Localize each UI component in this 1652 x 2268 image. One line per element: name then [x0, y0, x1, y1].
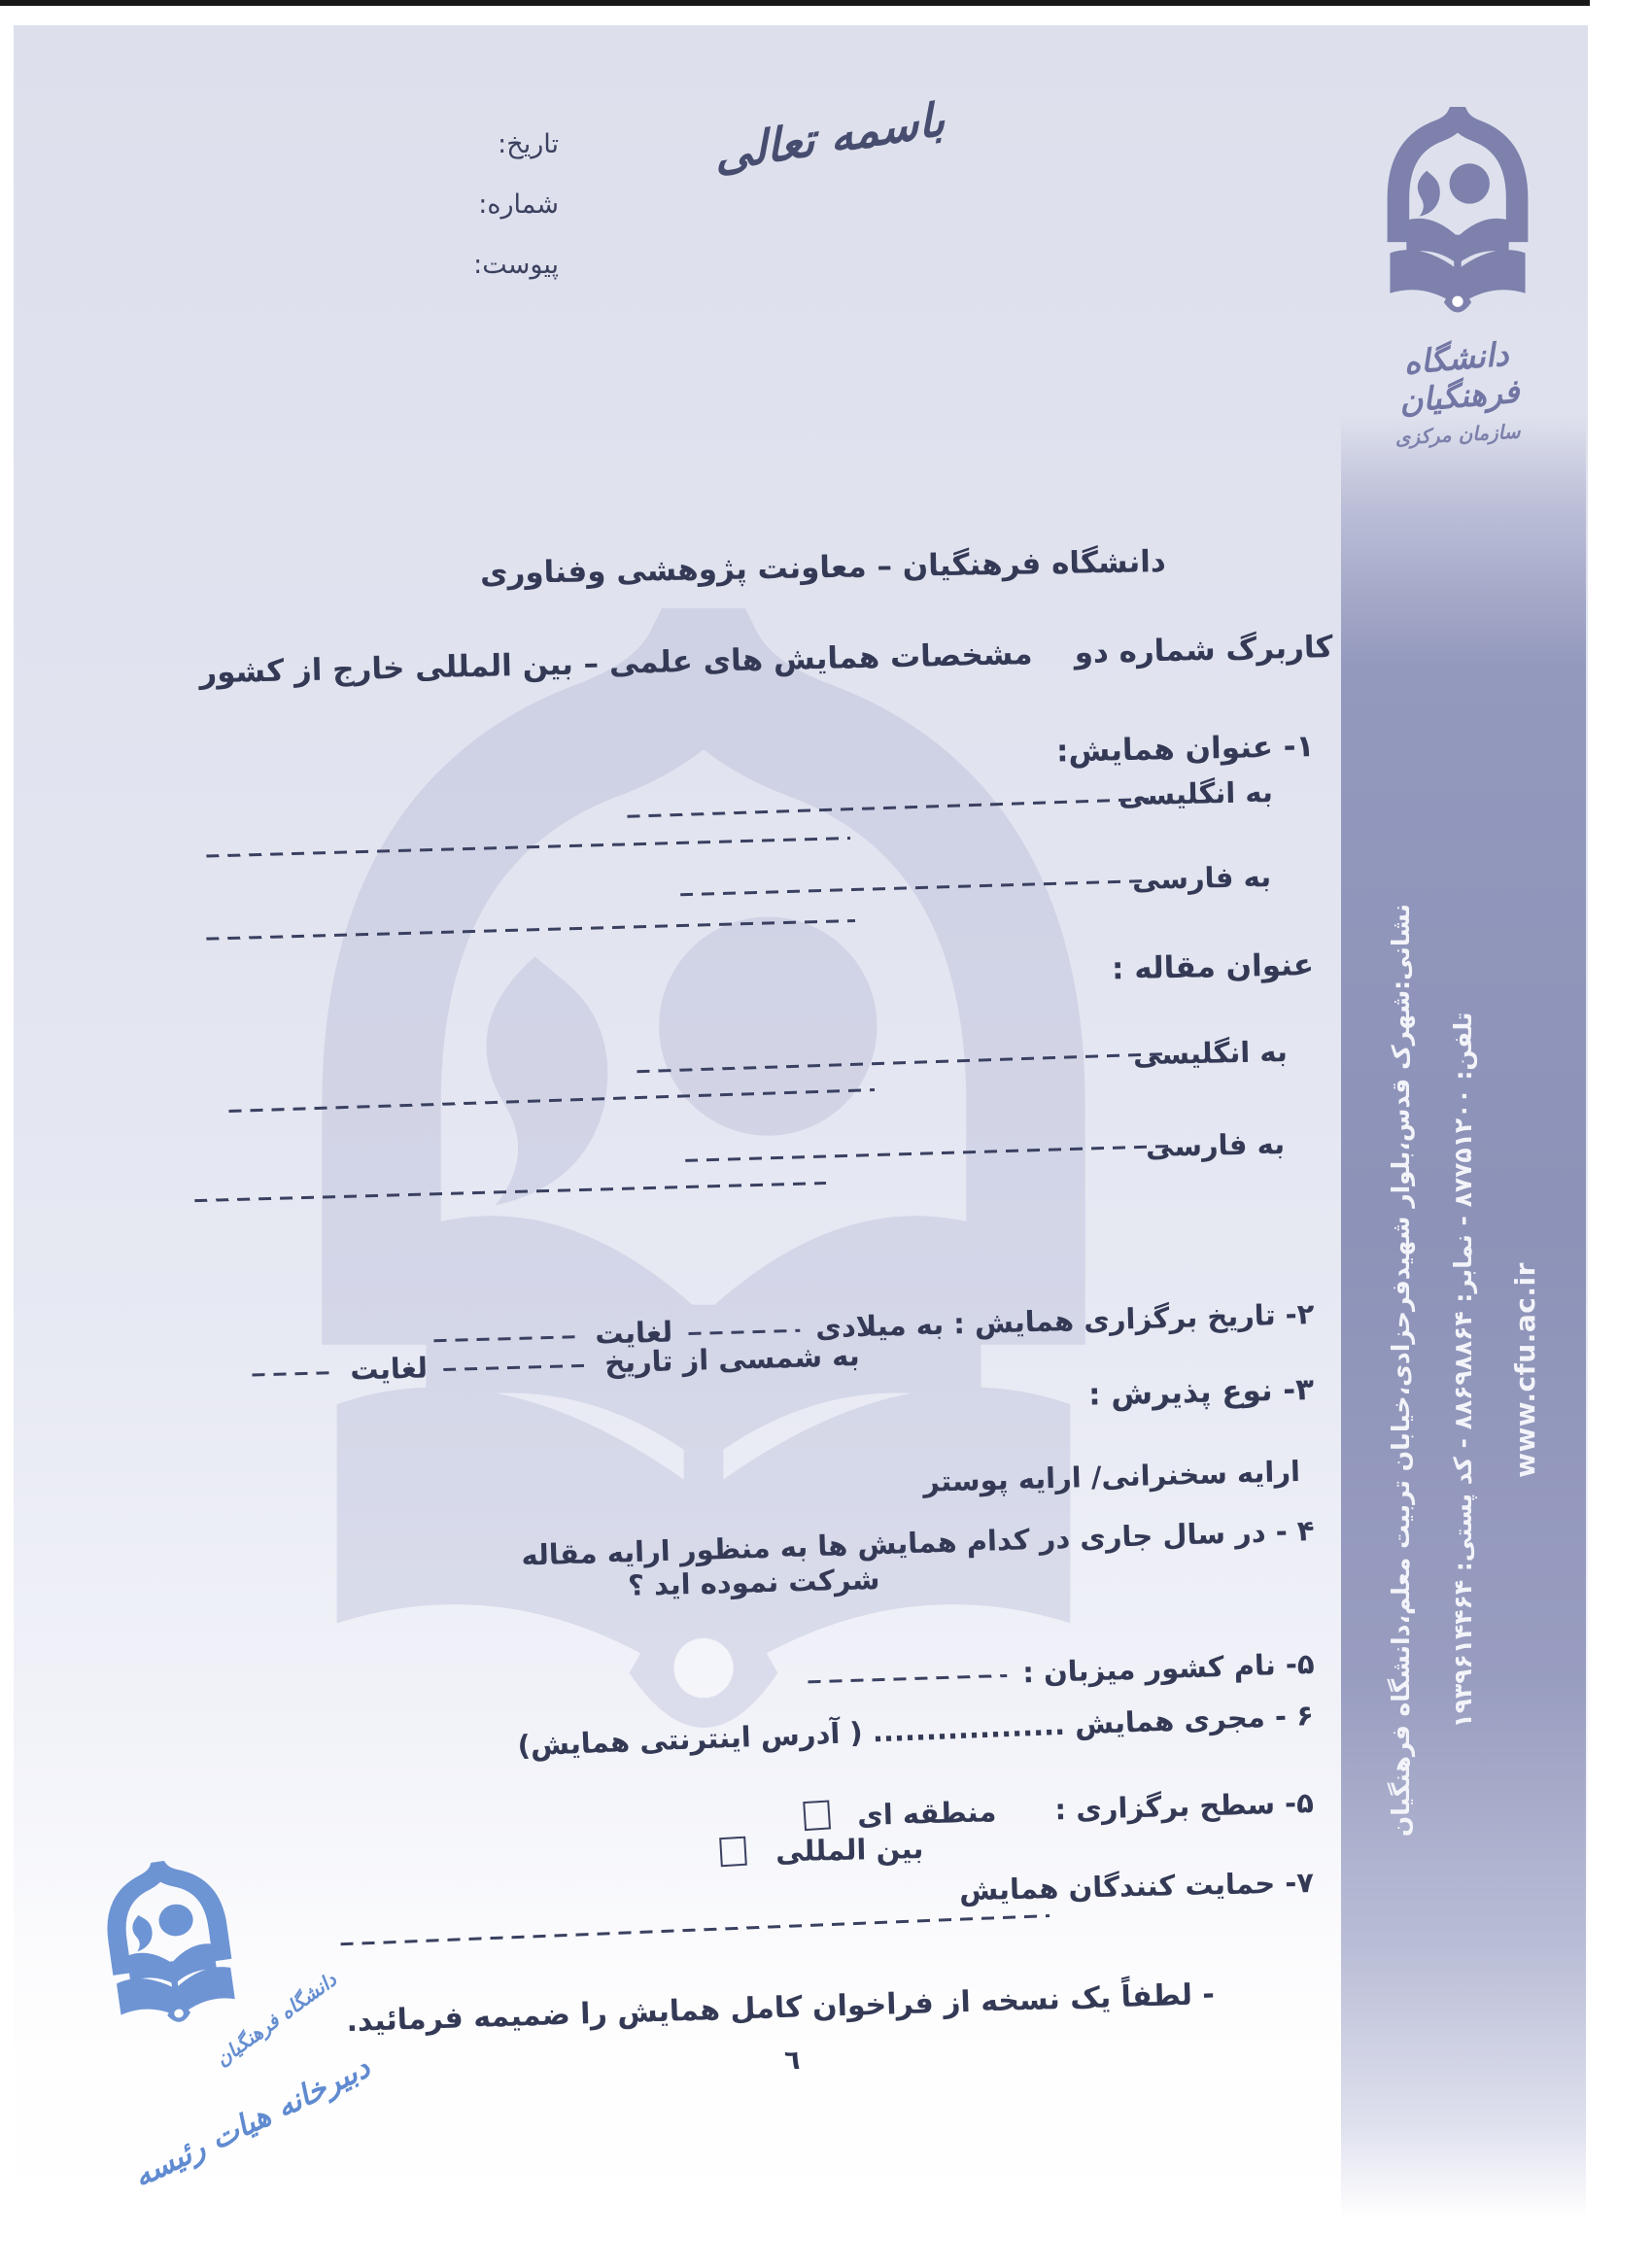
website-line: www.cfu.ac.ir [1495, 544, 1557, 2196]
stamp-emblem-icon [81, 1851, 259, 2050]
attachment-label: پیوست: [473, 235, 559, 295]
university-logo: دانشگاه فرهنگیان سازمان مرکزی [1345, 107, 1570, 446]
stamp-secretariat-label: دبیرخانه هیات رئیسه [128, 2050, 376, 2195]
blank-host-country [808, 1673, 1007, 1682]
scanned-letterhead-page: تاریخ: شماره: پیوست: باسمه تعالی دانشگاه… [14, 25, 1588, 2219]
international-row: بین المللی [719, 1832, 923, 1873]
page-number: ٦ [784, 2045, 800, 2076]
scanner-edge [0, 0, 1590, 6]
q1-conference-title: ۱- عنوان همایش: [1055, 729, 1314, 770]
besmellah-calligraphy: باسمه تعالی [560, 68, 1100, 207]
q3-acceptance-type: ۳- نوع پذیرش : [1088, 1372, 1315, 1413]
q5b-label: ۵- سطح برگزاری : [1054, 1786, 1314, 1826]
blank-date-miladi-from [688, 1328, 800, 1334]
university-emblem-icon [1345, 107, 1570, 335]
until-label-2: لغایت [350, 1351, 429, 1386]
date-label: تاریخ: [473, 115, 559, 175]
address-line: نشانی:شهرک قدس،بلوار شهیدفرحزادی،خیابان … [1370, 544, 1432, 2196]
number-label: شماره: [473, 175, 559, 235]
address-band: نشانی:شهرک قدس،بلوار شهیدفرحزادی،خیابان … [1341, 414, 1586, 2217]
form-title-line1: دانشگاه فرهنگیان – معاونت پژوهشی وفناوری [480, 544, 1166, 591]
international-checkbox [719, 1837, 747, 1868]
university-name: دانشگاه فرهنگیان [1342, 329, 1573, 425]
header-meta: تاریخ: شماره: پیوست: [473, 115, 559, 295]
regional-label: منطقه ای [857, 1795, 997, 1832]
address-band-text: نشانی:شهرک قدس،بلوار شهیدفرحزادی،خیابان … [1370, 544, 1557, 2196]
q4-question-line2: شرکت نموده اید ؟ [627, 1563, 879, 1602]
q7-sponsors: ۷- حمایت کنندگان همایش [959, 1866, 1315, 1907]
blank-date-shamsi-from [444, 1363, 590, 1370]
attachment-note: - لطفاً یک نسخه از فراخوان کامل همایش را… [346, 1977, 1215, 2039]
phone-line: تلفن: ۸۷۷۵۱۲۰۰ - نمابر: ۸۸۶۹۸۸۶۴ - کد پس… [1432, 544, 1495, 2196]
english-label-1: به انگلیسی [1119, 775, 1273, 811]
blank-line-sponsors [341, 1914, 1050, 1945]
blank-date-miladi-to [433, 1335, 579, 1342]
farsi-label-1: به فارسی [1132, 860, 1272, 896]
article-title-label: عنوان مقاله : [1112, 947, 1315, 986]
regional-checkbox [803, 1800, 831, 1831]
spacer [1007, 1820, 1046, 1821]
blank-date-shamsi-to [253, 1371, 335, 1376]
international-label: بین المللی [774, 1832, 923, 1868]
